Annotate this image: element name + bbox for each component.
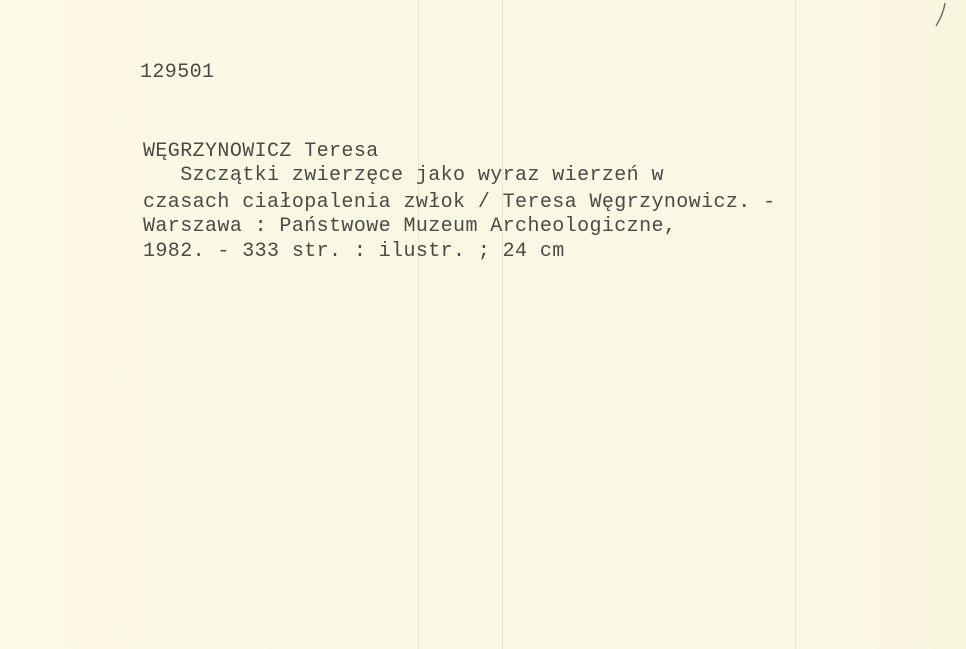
title-line-continued: czasach ciałopalenia zwłok / Teresa Węgr… xyxy=(143,192,776,214)
publication-line: Warszawa : Państwowe Muzeum Archeologicz… xyxy=(143,216,676,238)
author-heading: WĘGRZYNOWICZ Teresa xyxy=(143,141,379,163)
call-number: 129501 xyxy=(140,62,214,84)
physical-description-line: 1982. - 333 str. : ilustr. ; 24 cm xyxy=(143,241,565,263)
paper-crease xyxy=(418,0,419,649)
title-line: Szczątki zwierzęce jako wyraz wierzeń w xyxy=(143,165,664,187)
paper-crease xyxy=(502,0,503,649)
catalog-card: 129501 WĘGRZYNOWICZ Teresa Szczątki zwie… xyxy=(0,0,966,649)
paper-crease xyxy=(795,0,796,649)
pen-mark-icon xyxy=(933,2,947,28)
